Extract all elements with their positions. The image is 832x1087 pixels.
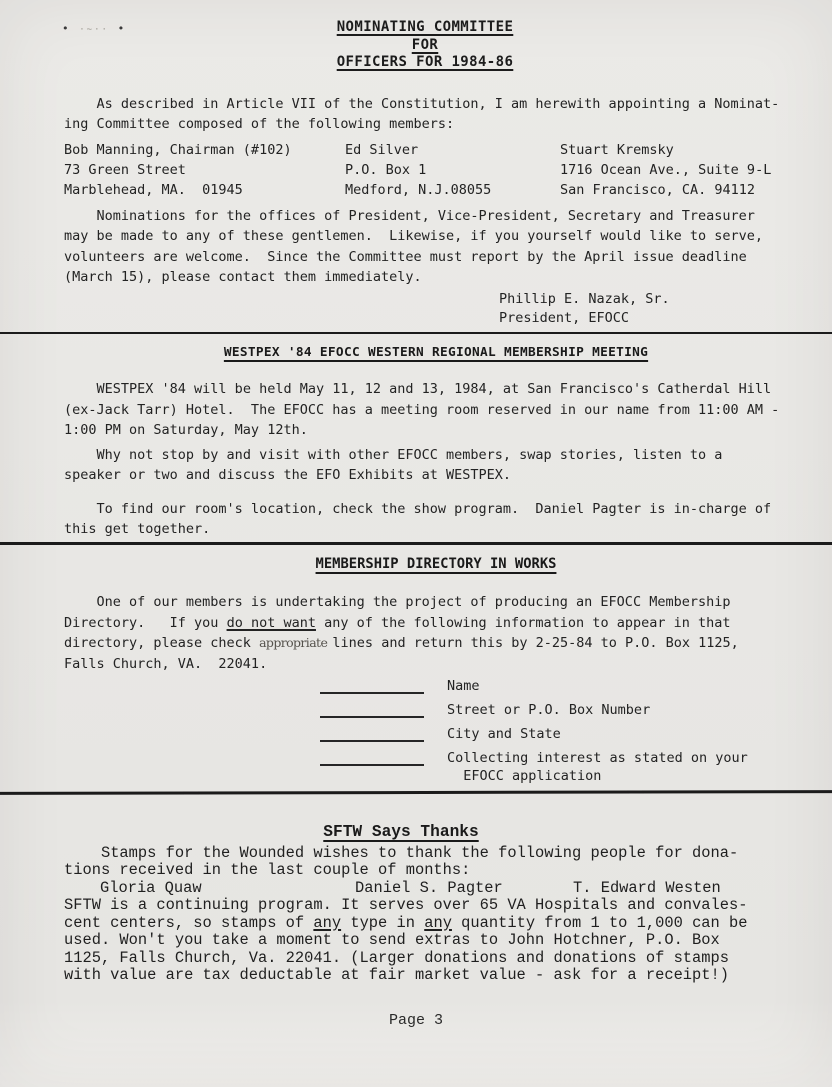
directory-paragraph-line: Falls Church, VA. 22041.: [64, 654, 808, 675]
blank-fill-in-line: [320, 701, 424, 718]
form-row-street: Street or P.O. Box Number: [320, 701, 808, 719]
sftw-thanks-section: SFTW Says Thanks Stamps for the Wounded …: [64, 824, 808, 985]
form-row-name: Name: [320, 677, 808, 695]
member-address-stuart-kremsky: Stuart Kremsky 1716 Ocean Ave., Suite 9-…: [560, 140, 771, 200]
section-divider: [0, 790, 832, 795]
membership-directory-section: MEMBERSHIP DIRECTORY IN WORKS One of our…: [0, 554, 832, 786]
westpex-paragraph-3: To find our room's location, check the s…: [64, 499, 808, 540]
westpex-meeting-section: WESTPEX '84 EFOCC WESTERN REGIONAL MEMBE…: [0, 343, 832, 540]
sftw-paragraph-line: used. Won't you take a moment to send ex…: [64, 932, 808, 950]
directory-optout-form: Name Street or P.O. Box Number City and …: [64, 677, 808, 785]
sftw-line2-text: quantity from 1 to 1,000 can be: [452, 914, 748, 932]
directory-line3-text: directory, please check: [64, 635, 259, 651]
form-field-label: Name: [447, 677, 480, 695]
right-dot-mark: •: [118, 22, 127, 35]
blank-fill-in-line: [320, 677, 424, 694]
donor-name: Gloria Quaw: [64, 880, 355, 898]
section-divider: [0, 332, 832, 334]
form-field-label: Street or P.O. Box Number: [447, 701, 650, 719]
sftw-paragraph-line: SFTW is a continuing program. It serves …: [64, 897, 808, 915]
do-not-want-underlined-phrase: do not want: [227, 615, 316, 631]
page-number: Page 3: [0, 1012, 832, 1029]
form-row-collecting-interest: Collecting interest as stated on your EF…: [320, 749, 808, 785]
sftw-paragraph-2: SFTW is a continuing program. It serves …: [64, 897, 808, 985]
scanned-newsletter-page: • ·~·· • NOMINATING COMMITTEE FOR OFFICE…: [0, 0, 832, 1087]
sftw-paragraph-line: with value are tax deductable at fair ma…: [64, 967, 808, 985]
document-title: NOMINATING COMMITTEE FOR OFFICERS FOR 19…: [18, 0, 832, 72]
donor-name: Daniel S. Pagter: [355, 880, 573, 898]
pen-squiggle-mark: ·~··: [79, 25, 109, 35]
signature-block: Phillip E. Nazak, Sr. President, EFOCC: [499, 290, 808, 328]
page-corner-marks: • ·~·· •: [62, 22, 126, 35]
nominating-committee-section: As described in Article VII of the Const…: [0, 94, 832, 328]
donor-name: T. Edward Westen: [573, 880, 721, 898]
sftw-line2-text: type in: [341, 914, 424, 932]
member-address-bob-manning: Bob Manning, Chairman (#102) 73 Green St…: [64, 140, 345, 200]
form-field-label: City and State: [447, 725, 561, 743]
directory-line2-text: Directory. If you: [64, 615, 227, 631]
donors-row: Gloria Quaw Daniel S. Pagter T. Edward W…: [64, 880, 808, 898]
form-row-city-state: City and State: [320, 725, 808, 743]
sftw-paragraph-line: 1125, Falls Church, Va. 22041. (Larger d…: [64, 950, 808, 968]
sftw-line2-text: cent centers, so stamps of: [64, 914, 313, 932]
form-field-label: Collecting interest as stated on your EF…: [447, 749, 748, 785]
blank-fill-in-line: [320, 725, 424, 742]
directory-paragraph-line: Directory. If you do not want any of the…: [64, 613, 808, 634]
sftw-section-heading: SFTW Says Thanks: [64, 824, 738, 842]
directory-line2-text: any of the following information to appe…: [316, 615, 731, 631]
blank-fill-in-line: [320, 749, 424, 766]
westpex-section-heading: WESTPEX '84 EFOCC WESTERN REGIONAL MEMBE…: [64, 343, 808, 364]
section-divider: [0, 542, 832, 545]
sftw-paragraph-line: cent centers, so stamps of any type in a…: [64, 915, 808, 933]
appropriate-stamped-word: appropriate: [259, 635, 327, 650]
nominations-body-paragraph: Nominations for the offices of President…: [64, 206, 808, 288]
any-underlined-word: any: [424, 914, 452, 932]
any-underlined-word: any: [313, 914, 341, 932]
left-dot-mark: •: [62, 22, 71, 35]
member-address-ed-silver: Ed Silver P.O. Box 1 Medford, N.J.08055: [345, 140, 560, 200]
directory-paragraph-line: directory, please check appropriate line…: [64, 633, 808, 654]
westpex-paragraph-2: Why not stop by and visit with other EFO…: [64, 445, 808, 486]
westpex-paragraph-1: WESTPEX '84 will be held May 11, 12 and …: [64, 379, 808, 441]
nominating-intro-paragraph: As described in Article VII of the Const…: [64, 94, 808, 135]
directory-section-heading: MEMBERSHIP DIRECTORY IN WORKS: [64, 554, 808, 575]
committee-members-list: Bob Manning, Chairman (#102) 73 Green St…: [64, 140, 808, 200]
directory-line3-text: lines and return this by 2-25-84 to P.O.…: [324, 635, 739, 651]
directory-paragraph-line: One of our members is undertaking the pr…: [64, 592, 808, 613]
directory-paragraph: One of our members is undertaking the pr…: [64, 592, 808, 674]
sftw-paragraph-1: Stamps for the Wounded wishes to thank t…: [64, 845, 808, 880]
